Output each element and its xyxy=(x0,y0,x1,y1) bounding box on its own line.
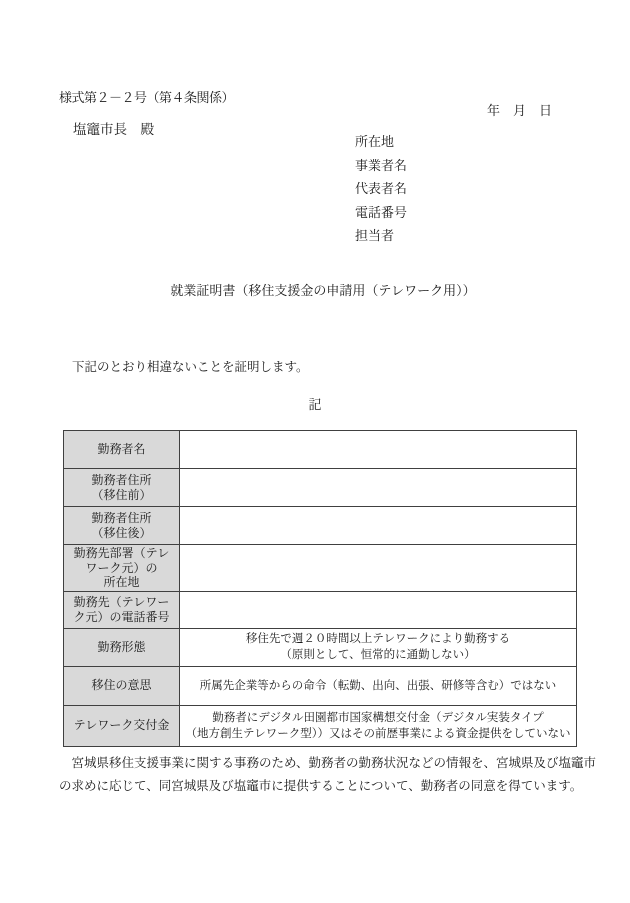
row-value: 勤務者にデジタル田園都市国家構想交付金（デジタル実装タイプ （地方創生テレワーク… xyxy=(180,705,577,746)
footer-consent-text: 宮城県移住支援事業に関する事務のため、勤務者の勤務状況などの情報を、宮城県及び塩… xyxy=(59,752,596,798)
sender-label-business-name: 事業者名 xyxy=(355,157,407,181)
sender-label-phone: 電話番号 xyxy=(355,204,407,228)
row-label: 勤務先（テレワー ク元）の電話番号 xyxy=(64,591,180,628)
row-value xyxy=(180,591,577,628)
table-row-work-style: 勤務形態 移住先で週２０時間以上テレワークにより勤務する （原則として、恒常的に… xyxy=(64,628,577,666)
table-row-worker-name: 勤務者名 xyxy=(64,431,577,469)
sender-label-contact-person: 担当者 xyxy=(355,227,407,251)
row-value xyxy=(180,431,577,469)
document-page: 様式第２－２号（第４条関係） 年 月 日 塩竈市長 殿 所在地 事業者名 代表者… xyxy=(0,0,630,903)
sender-label-representative: 代表者名 xyxy=(355,180,407,204)
row-label: テレワーク交付金 xyxy=(64,705,180,746)
table-row-relocation-intent: 移住の意思 所属先企業等からの命令（転勤、出向、出張、研修等含む）ではない xyxy=(64,666,577,705)
row-value: 所属先企業等からの命令（転勤、出向、出張、研修等含む）ではない xyxy=(180,666,577,705)
sender-block: 所在地 事業者名 代表者名 電話番号 担当者 xyxy=(355,133,407,251)
row-value xyxy=(180,545,577,592)
sender-label-location: 所在地 xyxy=(355,133,407,157)
table-row-address-after: 勤務者住所 （移住後） xyxy=(64,507,577,545)
row-label: 勤務者住所 （移住後） xyxy=(64,507,180,545)
table-row-telework-grant: テレワーク交付金 勤務者にデジタル田園都市国家構想交付金（デジタル実装タイプ （… xyxy=(64,705,577,746)
list-marker: 記 xyxy=(0,394,630,413)
row-label: 移住の意思 xyxy=(64,666,180,705)
row-label: 勤務者名 xyxy=(64,431,180,469)
table-row-address-before: 勤務者住所 （移住前） xyxy=(64,469,577,507)
row-label: 勤務形態 xyxy=(64,628,180,666)
form-number: 様式第２－２号（第４条関係） xyxy=(59,87,234,106)
table-row-department-location: 勤務先部署（テレ ワーク元）の 所在地 xyxy=(64,545,577,592)
row-label: 勤務者住所 （移住前） xyxy=(64,469,180,507)
row-value: 移住先で週２０時間以上テレワークにより勤務する （原則として、恒常的に通勤しない… xyxy=(180,628,577,666)
table-row-workplace-phone: 勤務先（テレワー ク元）の電話番号 xyxy=(64,591,577,628)
intro-text: 下記のとおり相違ないことを証明します。 xyxy=(72,357,309,375)
certificate-table: 勤務者名 勤務者住所 （移住前） 勤務者住所 （移住後） 勤務先部署（テレ ワー… xyxy=(63,430,577,747)
row-value xyxy=(180,469,577,507)
date-line: 年 月 日 xyxy=(487,100,552,119)
row-label: 勤務先部署（テレ ワーク元）の 所在地 xyxy=(64,545,180,592)
row-value xyxy=(180,507,577,545)
document-title: 就業証明書（移住支援金の申請用（テレワーク用）） xyxy=(0,280,630,299)
addressee: 塩竈市長 殿 xyxy=(73,118,154,138)
